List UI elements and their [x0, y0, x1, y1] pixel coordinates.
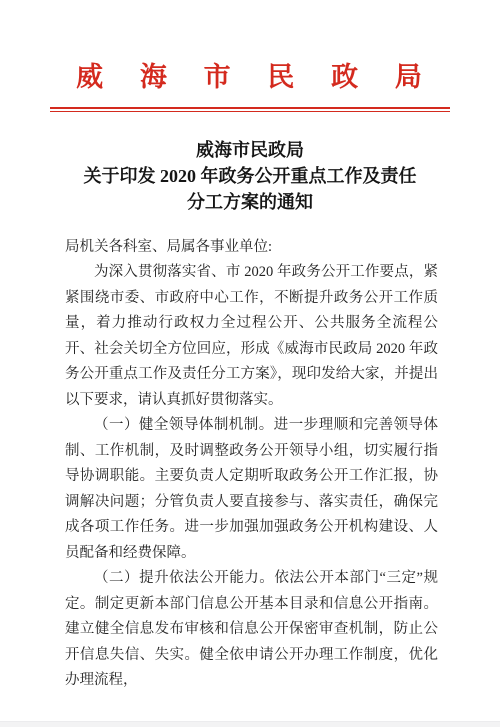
title-line-3: 分工方案的通知 — [0, 189, 500, 215]
letterhead-org-name: 威 海 市 民 政 局 — [0, 60, 500, 94]
document-body: 局机关各科室、局属各事业单位: 为深入贯彻落实省、市 2020 年政务公开工作要… — [65, 235, 438, 694]
document-page: 威 海 市 民 政 局 威海市民政局 关于印发 2020 年政务公开重点工作及责… — [0, 0, 500, 727]
salutation: 局机关各科室、局属各事业单位: — [65, 235, 438, 261]
letterhead-double-rule — [50, 107, 450, 112]
letterhead: 威 海 市 民 政 局 — [0, 0, 500, 112]
paragraph-intro: 为深入贯彻落实省、市 2020 年政务公开工作要点，紧紧围绕市委、市政府中心工作… — [65, 260, 438, 413]
document-title: 威海市民政局 关于印发 2020 年政务公开重点工作及责任 分工方案的通知 — [0, 137, 500, 215]
title-line-1: 威海市民政局 — [0, 137, 500, 163]
paragraph-item-2: （二）提升依法公开能力。依法公开本部门“三定”规定。制定更新本部门信息公开基本目… — [65, 566, 438, 694]
title-line-2: 关于印发 2020 年政务公开重点工作及责任 — [0, 163, 500, 189]
paragraph-item-1: （一）健全领导体制机制。进一步理顺和完善领导体制、工作机制，及时调整政务公开领导… — [65, 413, 438, 566]
page-bottom-edge — [0, 721, 500, 727]
